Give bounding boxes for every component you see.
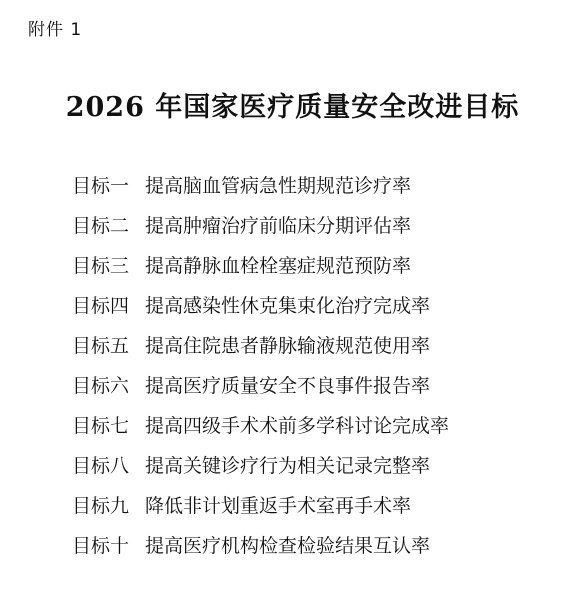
goal-number: 目标七 [72, 413, 145, 439]
goal-text: 提高肿瘤治疗前临床分期评估率 [145, 213, 411, 239]
goal-number: 目标三 [72, 253, 145, 279]
goal-text: 提高脑血管病急性期规范诊疗率 [145, 173, 411, 199]
goal-text: 提高静脉血栓栓塞症规范预防率 [145, 253, 411, 279]
document-title: 2026 年国家医疗质量安全改进目标 [0, 88, 567, 128]
goal-text: 提高关键诊疗行为相关记录完整率 [145, 453, 430, 479]
goal-number: 目标八 [72, 453, 145, 479]
goal-item-2: 目标二 提高肿瘤治疗前临床分期评估率 [72, 213, 449, 253]
goal-text: 提高医疗机构检查检验结果互认率 [145, 533, 430, 559]
goal-text: 提高感染性休克集束化治疗完成率 [145, 293, 430, 319]
goal-number: 目标十 [72, 533, 145, 559]
goal-number: 目标五 [72, 333, 145, 359]
goal-number: 目标九 [72, 493, 145, 519]
goal-number: 目标六 [72, 373, 145, 399]
goal-item-10: 目标十 提高医疗机构检查检验结果互认率 [72, 533, 449, 573]
goal-text: 提高医疗质量安全不良事件报告率 [145, 373, 430, 399]
goal-item-8: 目标八 提高关键诊疗行为相关记录完整率 [72, 453, 449, 493]
goal-text: 降低非计划重返手术室再手术率 [145, 493, 411, 519]
goal-number: 目标四 [72, 293, 145, 319]
goal-item-6: 目标六 提高医疗质量安全不良事件报告率 [72, 373, 449, 413]
goal-item-7: 目标七 提高四级手术术前多学科讨论完成率 [72, 413, 449, 453]
goal-number: 目标一 [72, 173, 145, 199]
goal-number: 目标二 [72, 213, 145, 239]
goal-text: 提高住院患者静脉输液规范使用率 [145, 333, 430, 359]
goal-text: 提高四级手术术前多学科讨论完成率 [145, 413, 449, 439]
goal-item-4: 目标四 提高感染性休克集束化治疗完成率 [72, 293, 449, 333]
goal-list: 目标一 提高脑血管病急性期规范诊疗率 目标二 提高肿瘤治疗前临床分期评估率 目标… [72, 173, 449, 573]
goal-item-5: 目标五 提高住院患者静脉输液规范使用率 [72, 333, 449, 373]
goal-item-9: 目标九 降低非计划重返手术室再手术率 [72, 493, 449, 533]
goal-item-1: 目标一 提高脑血管病急性期规范诊疗率 [72, 173, 449, 213]
goal-item-3: 目标三 提高静脉血栓栓塞症规范预防率 [72, 253, 449, 293]
attachment-label: 附件 1 [28, 19, 82, 41]
